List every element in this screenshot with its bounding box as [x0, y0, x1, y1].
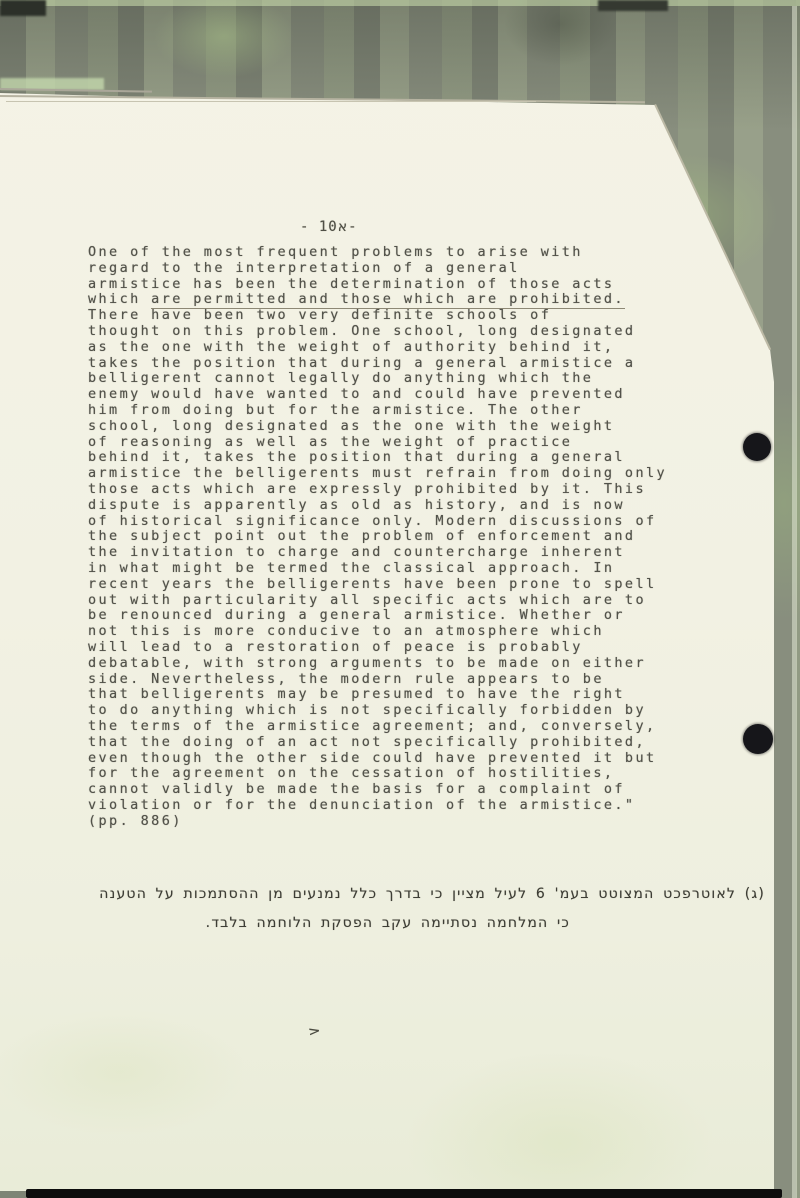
body-line: that belligerents may be presumed to hav… [88, 687, 708, 703]
body-line: that the doing of an act not specificall… [88, 735, 708, 751]
scan-dark-patch [0, 0, 46, 16]
scan-bottom-edge [26, 1189, 782, 1198]
body-line: of historical significance only. Modern … [88, 514, 708, 530]
body-line: him from doing but for the armistice. Th… [88, 403, 708, 419]
body-line: thought on this problem. One school, lon… [88, 324, 708, 340]
scan-right-edge [792, 6, 797, 1198]
footnote-hebrew: (ג) לאוטרפכט המצוטט בעמ' 6 לעיל מציין כי… [35, 886, 765, 931]
body-text: One of the most frequent problems to ari… [88, 245, 708, 829]
body-line: which are permitted and those which are … [88, 292, 708, 308]
body-line: cannot validly be made the basis for a c… [88, 782, 708, 798]
body-line: regard to the interpretation of a genera… [88, 261, 708, 277]
body-line: enemy would have wanted to and could hav… [88, 387, 708, 403]
stacked-page-edge [0, 88, 152, 93]
body-line: not this is more conducive to an atmosph… [88, 624, 708, 640]
page-number: - 10א- [300, 219, 358, 235]
hole-punch-top [743, 433, 771, 461]
body-line: those acts which are expressly prohibite… [88, 482, 708, 498]
body-line: recent years the belligerents have been … [88, 577, 708, 593]
body-line: dispute is apparently as old as history,… [88, 498, 708, 514]
scanned-document: - 10א- One of the most frequent problems… [0, 0, 800, 1198]
body-line: There have been two very definite school… [88, 308, 708, 324]
body-line: the invitation to charge and counterchar… [88, 545, 708, 561]
body-line: belligerent cannot legally do anything w… [88, 371, 708, 387]
body-line: One of the most frequent problems to ari… [88, 245, 708, 261]
body-line: will lead to a restoration of peace is p… [88, 640, 708, 656]
body-line: the terms of the armistice agreement; an… [88, 719, 708, 735]
body-line: to do anything which is not specifically… [88, 703, 708, 719]
body-line: for the agreement on the cessation of ho… [88, 766, 708, 782]
body-line: out with particularity all specific acts… [88, 593, 708, 609]
body-line: takes the position that during a general… [88, 356, 708, 372]
body-line: school, long designated as the one with … [88, 419, 708, 435]
stacked-page-edge [6, 101, 536, 102]
scan-dark-patch [598, 0, 668, 11]
footnote-line-1: (ג) לאוטרפכט המצוטט בעמ' 6 לעיל מציין כי… [35, 886, 765, 902]
body-line: the subject point out the problem of enf… [88, 529, 708, 545]
scan-top-edge [0, 0, 800, 6]
body-line: of reasoning as well as the weight of pr… [88, 435, 708, 451]
body-line: side. Nevertheless, the modern rule appe… [88, 672, 708, 688]
hole-punch-bottom [743, 724, 773, 754]
body-line: (pp. 886) [88, 814, 708, 830]
body-line: as the one with the weight of authority … [88, 340, 708, 356]
footnote-line-2: כי המלחמה נסתיימה עקב הפסקת הלוחמה בלבד. [35, 915, 765, 931]
handwritten-mark: > [307, 1023, 321, 1039]
body-line: armistice the belligerents must refrain … [88, 466, 708, 482]
body-line: behind it, takes the position that durin… [88, 450, 708, 466]
body-line: debatable, with strong arguments to be m… [88, 656, 708, 672]
body-line: be renounced during a general armistice.… [88, 608, 708, 624]
body-line: violation or for the denunciation of the… [88, 798, 708, 814]
body-line: in what might be termed the classical ap… [88, 561, 708, 577]
body-line: even though the other side could have pr… [88, 751, 708, 767]
